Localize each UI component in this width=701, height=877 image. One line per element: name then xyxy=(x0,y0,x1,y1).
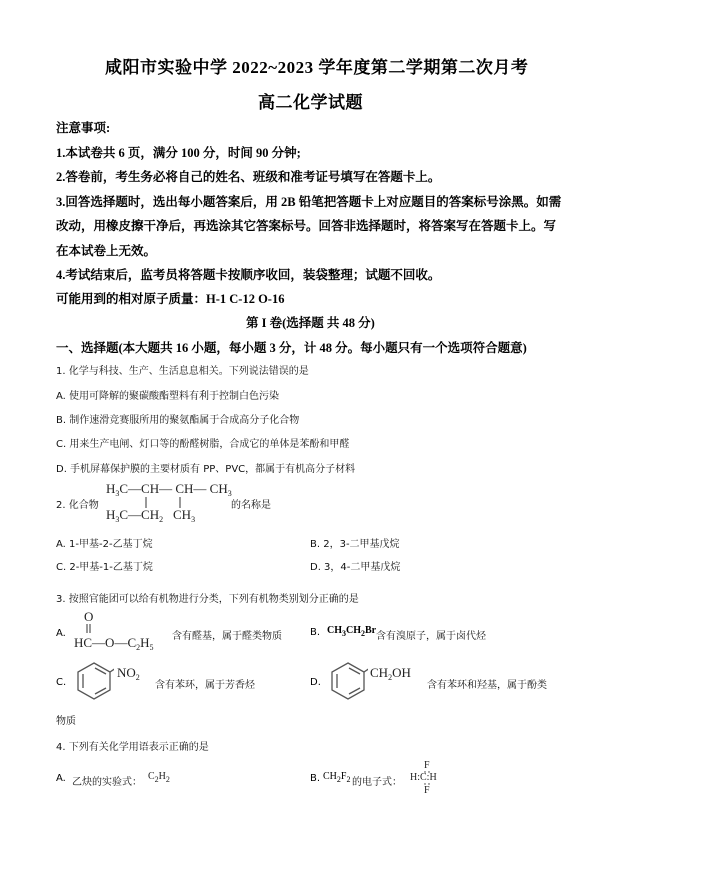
electron-dots xyxy=(0,0,701,877)
